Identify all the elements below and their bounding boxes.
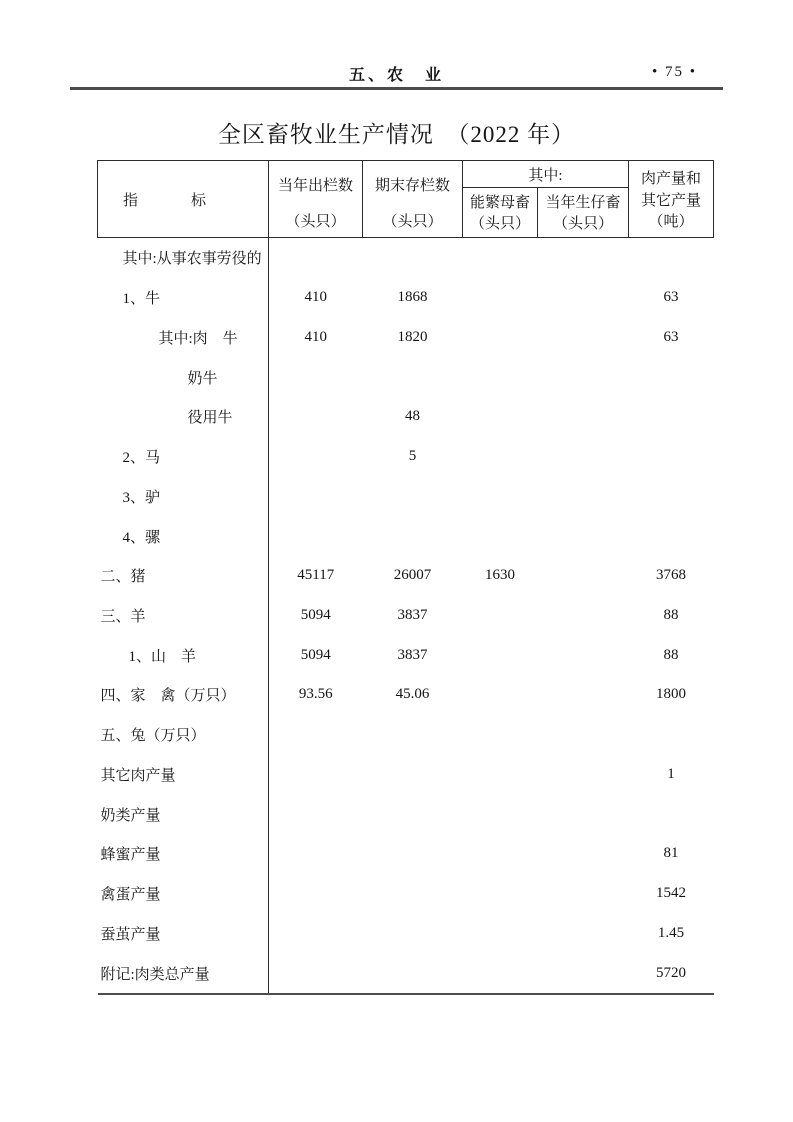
cell-breeding <box>463 794 538 834</box>
cell-breeding <box>463 755 538 795</box>
cell-newborn <box>538 278 629 318</box>
row-label: 附记:肉类总产量 <box>98 953 269 994</box>
cell-stock <box>363 357 463 397</box>
cell-slaughtered <box>269 794 363 834</box>
table-row: 三、羊 5094 3837 88 <box>98 596 714 636</box>
cell-newborn <box>538 596 629 636</box>
table-row: 蜂蜜产量 81 <box>98 834 714 874</box>
table-row: 奶类产量 <box>98 794 714 834</box>
stock-title: 期末存栏数 <box>363 174 462 195</box>
row-label: 其中:从事农事劳役的 <box>98 238 269 278</box>
breeding-unit: （头只） <box>463 212 537 233</box>
table-row: 五、兔（万只） <box>98 715 714 755</box>
col-header-of-which: 其中: <box>463 161 629 188</box>
slaughtered-unit: （头只） <box>269 210 362 231</box>
cell-output <box>629 516 714 556</box>
table-row: 蚕茧产量 1.45 <box>98 913 714 953</box>
cell-newborn <box>538 953 629 994</box>
cell-slaughtered: 5094 <box>269 596 363 636</box>
cell-output: 63 <box>629 317 714 357</box>
livestock-table: 指 标 当年出栏数 （头只） 期末存栏数 （头只） <box>97 160 713 995</box>
cell-slaughtered <box>269 397 363 437</box>
cell-output <box>629 794 714 834</box>
cell-output: 1 <box>629 755 714 795</box>
cell-stock: 3837 <box>363 596 463 636</box>
cell-newborn <box>538 397 629 437</box>
row-label: 禽蛋产量 <box>98 874 269 914</box>
col-header-breeding: 能繁母畜 （头只） <box>463 188 538 238</box>
cell-breeding <box>463 397 538 437</box>
cell-breeding <box>463 437 538 477</box>
row-label: 4、骡 <box>98 516 269 556</box>
cell-breeding <box>463 715 538 755</box>
cell-newborn <box>538 635 629 675</box>
row-label: 役用牛 <box>98 397 269 437</box>
output-unit: （吨） <box>629 210 713 231</box>
header-rule <box>70 87 723 90</box>
cell-breeding: 1630 <box>463 556 538 596</box>
cell-slaughtered <box>269 715 363 755</box>
cell-newborn <box>538 715 629 755</box>
page-number: • 75 • <box>652 64 697 81</box>
cell-stock <box>363 516 463 556</box>
table-row: 二、猪 45117 26007 1630 3768 <box>98 556 714 596</box>
newborn-title: 当年生仔畜 <box>538 191 628 212</box>
cell-output <box>629 357 714 397</box>
table-row: 其中:肉 牛 410 1820 63 <box>98 317 714 357</box>
table-row: 四、家 禽（万只） 93.56 45.06 1800 <box>98 675 714 715</box>
row-label: 二、猪 <box>98 556 269 596</box>
cell-stock <box>363 953 463 994</box>
table-title: 全区畜牧业生产情况 （2022 年） <box>0 116 793 149</box>
output-title-line1: 肉产量和 <box>629 167 713 188</box>
table-row: 1、山 羊 5094 3837 88 <box>98 635 714 675</box>
cell-output <box>629 238 714 278</box>
cell-output: 81 <box>629 834 714 874</box>
indicator-label-right: 标 <box>191 189 206 210</box>
cell-newborn <box>538 755 629 795</box>
table-header-row-top: 指 标 当年出栏数 （头只） 期末存栏数 （头只） <box>98 161 714 188</box>
cell-output: 5720 <box>629 953 714 994</box>
cell-slaughtered: 410 <box>269 278 363 318</box>
row-label: 1、山 羊 <box>98 635 269 675</box>
table-row: 2、马 5 <box>98 437 714 477</box>
cell-breeding <box>463 317 538 357</box>
cell-newborn <box>538 913 629 953</box>
cell-breeding <box>463 874 538 914</box>
cell-breeding <box>463 635 538 675</box>
col-header-slaughtered: 当年出栏数 （头只） <box>269 161 363 238</box>
indicator-label-left: 指 <box>123 189 138 210</box>
cell-breeding <box>463 913 538 953</box>
row-label: 蚕茧产量 <box>98 913 269 953</box>
yearbook-page: 五、农 业 • 75 • 全区畜牧业生产情况 （2022 年） 指 标 <box>0 0 793 1122</box>
col-header-output: 肉产量和 其它产量 （吨） <box>629 161 714 238</box>
row-label: 2、马 <box>98 437 269 477</box>
cell-slaughtered <box>269 834 363 874</box>
cell-breeding <box>463 675 538 715</box>
row-label: 奶类产量 <box>98 794 269 834</box>
table-row: 1、牛 410 1868 63 <box>98 278 714 318</box>
col-header-stock: 期末存栏数 （头只） <box>363 161 463 238</box>
row-label: 奶牛 <box>98 357 269 397</box>
cell-newborn <box>538 556 629 596</box>
cell-breeding <box>463 953 538 994</box>
row-label: 1、牛 <box>98 278 269 318</box>
cell-newborn <box>538 317 629 357</box>
output-title-line2: 其它产量 <box>629 189 713 210</box>
breeding-title: 能繁母畜 <box>463 191 537 212</box>
cell-slaughtered: 93.56 <box>269 675 363 715</box>
row-label: 四、家 禽（万只） <box>98 675 269 715</box>
cell-output <box>629 476 714 516</box>
cell-stock <box>363 913 463 953</box>
cell-stock <box>363 238 463 278</box>
cell-breeding <box>463 834 538 874</box>
cell-slaughtered <box>269 357 363 397</box>
cell-newborn <box>538 516 629 556</box>
stock-unit: （头只） <box>363 210 462 231</box>
table-row: 役用牛 48 <box>98 397 714 437</box>
col-header-indicator: 指 标 <box>98 161 269 238</box>
cell-stock <box>363 874 463 914</box>
cell-stock: 48 <box>363 397 463 437</box>
newborn-unit: （头只） <box>538 212 628 233</box>
cell-breeding <box>463 278 538 318</box>
cell-output: 88 <box>629 596 714 636</box>
table-row: 附记:肉类总产量 5720 <box>98 953 714 994</box>
cell-breeding <box>463 476 538 516</box>
table-row: 其中:从事农事劳役的 <box>98 238 714 278</box>
table-row: 4、骡 <box>98 516 714 556</box>
row-label: 3、驴 <box>98 476 269 516</box>
cell-stock: 26007 <box>363 556 463 596</box>
cell-stock: 1820 <box>363 317 463 357</box>
cell-stock <box>363 476 463 516</box>
cell-breeding <box>463 357 538 397</box>
cell-breeding <box>463 238 538 278</box>
cell-output: 1.45 <box>629 913 714 953</box>
col-header-newborn: 当年生仔畜 （头只） <box>538 188 629 238</box>
table-row: 3、驴 <box>98 476 714 516</box>
cell-stock: 1868 <box>363 278 463 318</box>
cell-stock: 3837 <box>363 635 463 675</box>
cell-breeding <box>463 516 538 556</box>
cell-newborn <box>538 834 629 874</box>
row-label: 其中:肉 牛 <box>98 317 269 357</box>
cell-breeding <box>463 596 538 636</box>
row-label: 五、兔（万只） <box>98 715 269 755</box>
cell-stock: 5 <box>363 437 463 477</box>
cell-stock <box>363 834 463 874</box>
cell-stock: 45.06 <box>363 675 463 715</box>
cell-stock <box>363 794 463 834</box>
cell-slaughtered <box>269 953 363 994</box>
table-row: 其它肉产量 1 <box>98 755 714 795</box>
cell-output: 63 <box>629 278 714 318</box>
table-row: 禽蛋产量 1542 <box>98 874 714 914</box>
cell-output: 88 <box>629 635 714 675</box>
cell-slaughtered <box>269 913 363 953</box>
cell-slaughtered <box>269 874 363 914</box>
cell-slaughtered <box>269 516 363 556</box>
cell-newborn <box>538 437 629 477</box>
cell-slaughtered <box>269 476 363 516</box>
slaughtered-title: 当年出栏数 <box>269 174 362 195</box>
cell-newborn <box>538 357 629 397</box>
cell-slaughtered <box>269 437 363 477</box>
cell-slaughtered: 410 <box>269 317 363 357</box>
cell-stock <box>363 715 463 755</box>
cell-newborn <box>538 675 629 715</box>
row-label: 其它肉产量 <box>98 755 269 795</box>
cell-output <box>629 397 714 437</box>
cell-slaughtered <box>269 755 363 795</box>
row-label: 三、羊 <box>98 596 269 636</box>
row-label: 蜂蜜产量 <box>98 834 269 874</box>
cell-newborn <box>538 874 629 914</box>
cell-output <box>629 715 714 755</box>
cell-stock <box>363 755 463 795</box>
cell-newborn <box>538 794 629 834</box>
cell-output: 1542 <box>629 874 714 914</box>
cell-slaughtered <box>269 238 363 278</box>
cell-newborn <box>538 238 629 278</box>
cell-newborn <box>538 476 629 516</box>
cell-output: 1800 <box>629 675 714 715</box>
cell-slaughtered: 5094 <box>269 635 363 675</box>
table-row: 奶牛 <box>98 357 714 397</box>
cell-output: 3768 <box>629 556 714 596</box>
cell-output <box>629 437 714 477</box>
cell-slaughtered: 45117 <box>269 556 363 596</box>
